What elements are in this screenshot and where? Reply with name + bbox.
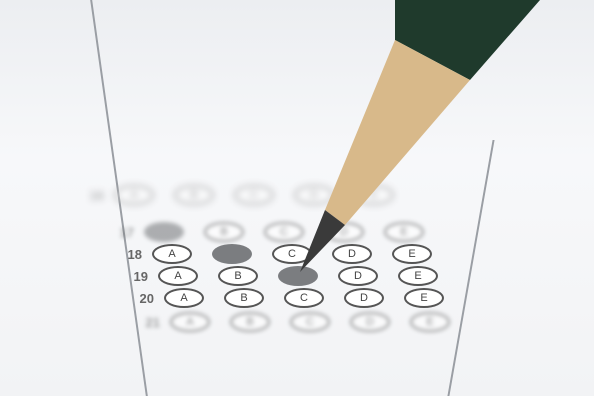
- bubble-e[interactable]: E: [392, 244, 432, 264]
- bubble-b[interactable]: B: [174, 185, 214, 205]
- bubble-e[interactable]: E: [398, 266, 438, 286]
- bubble-d[interactable]: D: [324, 222, 364, 242]
- bubble-d[interactable]: D: [338, 266, 378, 286]
- bubble-c[interactable]: C: [278, 266, 318, 286]
- bubble-c[interactable]: C: [264, 222, 304, 242]
- bubble-d[interactable]: D: [332, 244, 372, 264]
- bubble-a[interactable]: A: [164, 288, 204, 308]
- answer-row: 20 A B C D E: [120, 288, 464, 308]
- question-number: 18: [108, 247, 142, 262]
- bubble-b[interactable]: B: [204, 222, 244, 242]
- answer-row: 21 A B C D E: [126, 312, 470, 332]
- bubble-a[interactable]: A: [152, 244, 192, 264]
- bubble-d[interactable]: D: [344, 288, 384, 308]
- bubble-b[interactable]: B: [230, 312, 270, 332]
- question-number: 21: [126, 315, 160, 330]
- question-number: 19: [114, 269, 148, 284]
- bubble-a[interactable]: A: [158, 266, 198, 286]
- question-number: 16: [70, 188, 104, 203]
- bubble-b[interactable]: B: [218, 266, 258, 286]
- answer-row: 17 A B C D E: [100, 222, 444, 242]
- bubble-a[interactable]: A: [170, 312, 210, 332]
- bubble-d[interactable]: D: [294, 185, 334, 205]
- answer-sheet: 16 A B C D E 17 A B C D E 18 A B C D E 1…: [0, 0, 594, 396]
- bubble-c[interactable]: C: [290, 312, 330, 332]
- bubble-b[interactable]: B: [224, 288, 264, 308]
- answer-row: 19 A B C D E: [114, 266, 458, 286]
- bubble-e[interactable]: E: [410, 312, 450, 332]
- bubble-c[interactable]: C: [284, 288, 324, 308]
- bubble-b[interactable]: B: [212, 244, 252, 264]
- bubble-c[interactable]: C: [234, 185, 274, 205]
- bubble-a[interactable]: A: [114, 185, 154, 205]
- bubble-d[interactable]: D: [350, 312, 390, 332]
- question-number: 20: [120, 291, 154, 306]
- bubble-a[interactable]: A: [144, 222, 184, 242]
- bubble-e[interactable]: E: [404, 288, 444, 308]
- bubble-e[interactable]: E: [384, 222, 424, 242]
- answer-row: 16 A B C D E: [70, 185, 414, 205]
- answer-row: 18 A B C D E: [108, 244, 452, 264]
- question-number: 17: [100, 225, 134, 240]
- bubble-e[interactable]: E: [354, 185, 394, 205]
- bubble-c[interactable]: C: [272, 244, 312, 264]
